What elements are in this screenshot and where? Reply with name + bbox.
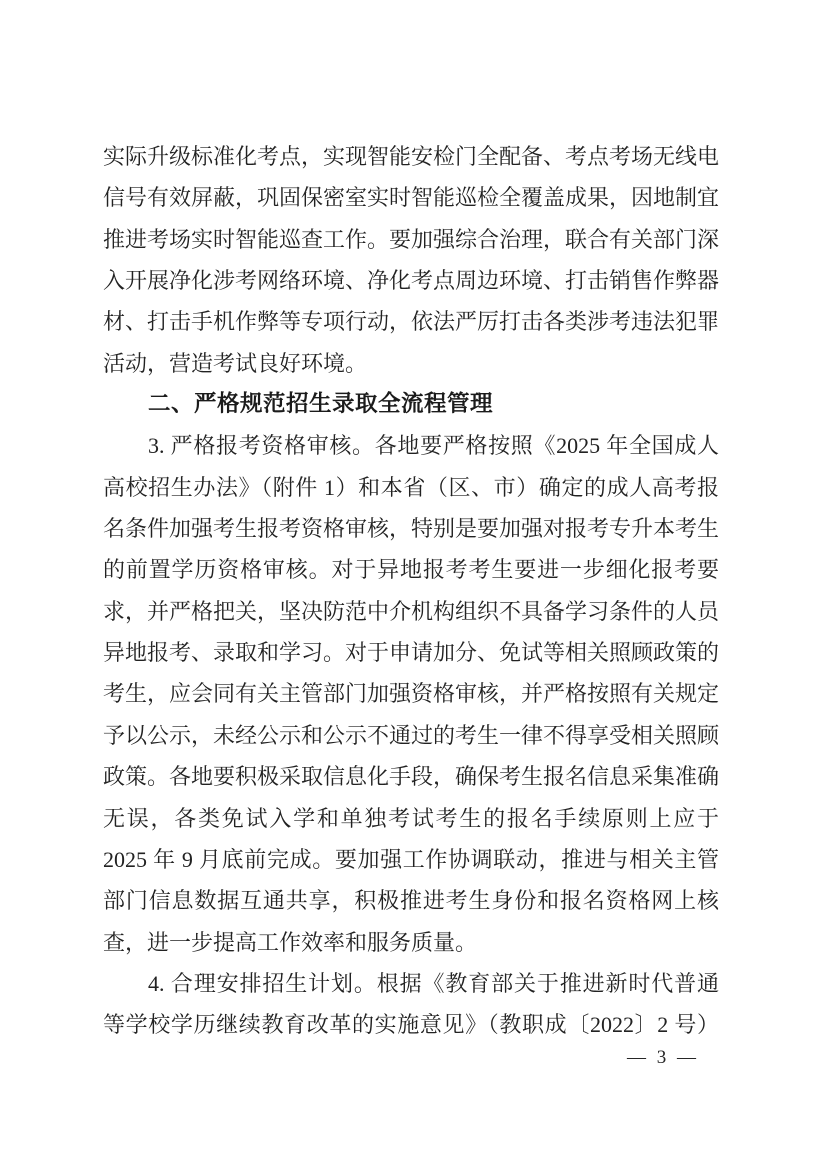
text-line: 实际升级标准化考点，实现智能安检门全配备、考点考场无线电 [103, 136, 719, 177]
text-line: 3. 严格报考资格审核。各地要严格按照《2025 年全国成人 [103, 425, 719, 466]
text-line: 入开展净化涉考网络环境、净化考点周边环境、打击销售作弊器 [103, 260, 719, 301]
text-line: 无误，各类免试入学和单独考试考生的报名手续原则上应于 [103, 798, 719, 839]
paragraph-item-4-enrollment-plan: 4. 合理安排招生计划。根据《教育部关于推进新时代普通高等学校学历继续教育改革的… [103, 963, 719, 1046]
paragraph-continuation-exam-security: 实际升级标准化考点，实现智能安检门全配备、考点考场无线电信号有效屏蔽，巩固保密室… [103, 136, 719, 384]
text-line: 材、打击手机作弊等专项行动，依法严厉打击各类涉考违法犯罪 [103, 301, 719, 342]
document-body: 实际升级标准化考点，实现智能安检门全配备、考点考场无线电信号有效屏蔽，巩固保密室… [103, 136, 719, 1046]
text-line: 二、严格规范招生录取全流程管理 [103, 384, 719, 425]
text-line: 部门信息数据互通共享，积极推进考生身份和报名资格网上核 [103, 880, 719, 921]
text-line: 求，并严格把关，坚决防范中介机构组织不具备学习条件的人员 [103, 591, 719, 632]
section-heading-2: 二、严格规范招生录取全流程管理 [103, 384, 719, 425]
text-line: 2025 年 9 月底前完成。要加强工作协调联动，推进与相关主管 [103, 839, 719, 880]
text-line: 4. 合理安排招生计划。根据《教育部关于推进新时代普通高 [103, 963, 719, 1004]
document-page: 实际升级标准化考点，实现智能安检门全配备、考点考场无线电信号有效屏蔽，巩固保密室… [0, 0, 827, 1170]
text-line: 考生，应会同有关主管部门加强资格审核，并严格按照有关规定 [103, 673, 719, 714]
text-line: 的前置学历资格审核。对于异地报考考生要进一步细化报考要 [103, 549, 719, 590]
paragraph-item-3-qualification-review: 3. 严格报考资格审核。各地要严格按照《2025 年全国成人高校招生办法》（附件… [103, 425, 719, 962]
text-line: 予以公示，未经公示和公示不通过的考生一律不得享受相关照顾 [103, 715, 719, 756]
text-line: 推进考场实时智能巡查工作。要加强综合治理，联合有关部门深 [103, 219, 719, 260]
text-line: 等学校学历继续教育改革的实施意见》（教职成〔2022〕2 号） [103, 1004, 719, 1045]
text-line: 高校招生办法》（附件 1）和本省（区、市）确定的成人高考报 [103, 467, 719, 508]
page-number: — 3 — [627, 1046, 699, 1070]
text-line: 信号有效屏蔽，巩固保密室实时智能巡检全覆盖成果，因地制宜 [103, 177, 719, 218]
text-line: 名条件加强考生报考资格审核，特别是要加强对报考专升本考生 [103, 508, 719, 549]
text-line: 政策。各地要积极采取信息化手段，确保考生报名信息采集准确 [103, 756, 719, 797]
text-line: 查，进一步提高工作效率和服务质量。 [103, 922, 719, 963]
text-line: 活动，营造考试良好环境。 [103, 343, 719, 384]
text-line: 异地报考、录取和学习。对于申请加分、免试等相关照顾政策的 [103, 632, 719, 673]
